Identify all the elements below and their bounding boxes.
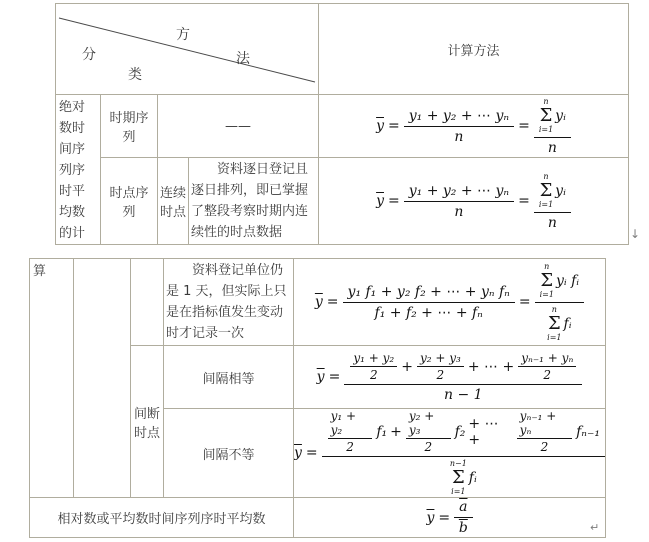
mini-fraction: yₙ₋₁ + yₙ2 bbox=[518, 351, 576, 382]
formula-equal-interval: y = y₁ + y₂2 + y₂ + y₃2 + ⋯ + yₙ₋₁ + yₙ2… bbox=[294, 351, 605, 403]
denominator: n − 1 bbox=[444, 385, 483, 403]
sum-lower-limit: i=1 bbox=[451, 487, 465, 497]
y-bar: y bbox=[376, 118, 384, 134]
b-bar: b bbox=[459, 518, 468, 536]
sigma-symbol: Σ bbox=[540, 182, 553, 200]
equals-sign: = bbox=[306, 445, 318, 461]
sum-body: fᵢ bbox=[564, 316, 572, 332]
numerator: y₁ + y₂ + ⋯ yₙ bbox=[404, 183, 514, 202]
fraction: y₁ + y₂ + ⋯ yₙ n bbox=[404, 183, 514, 220]
denominator: n bbox=[454, 127, 463, 145]
denominator: 2 bbox=[424, 439, 432, 454]
numerator: y₂ + y₃ bbox=[406, 409, 451, 439]
header-calc-method: 计算方法 bbox=[319, 4, 629, 95]
cell-formula-weighted: y = y₁ f₁ + y₂ f₂ + ⋯ + yₙ fₙ f₁ + f₂ + … bbox=[294, 259, 606, 346]
mini-fraction: y₂ + y₃2 bbox=[406, 409, 451, 454]
numerator: y₁ + y₂ bbox=[350, 351, 397, 367]
down-arrow-mark: ↓ bbox=[630, 228, 640, 240]
sigma-symbol: Σ bbox=[540, 107, 553, 125]
sum-lower-limit: i=1 bbox=[539, 200, 553, 210]
return-mark: ↵ bbox=[590, 522, 599, 533]
summation: nΣi=1 yᵢ bbox=[539, 97, 566, 135]
denominator: 2 bbox=[437, 367, 445, 382]
cell-discontinuous-point: 间断 时点 bbox=[131, 346, 164, 498]
numerator: y₁ + y₂ bbox=[328, 409, 373, 439]
sum-body: fᵢ bbox=[469, 470, 477, 486]
fraction: nΣi=1 yᵢ n bbox=[534, 97, 571, 156]
formula-simple-average: y = y₁ + y₂ + ⋯ yₙ n = nΣi=1 yᵢ n bbox=[319, 97, 628, 156]
fraction: y₁ + y₂ + ⋯ yₙ n bbox=[404, 108, 514, 145]
cell-formula-equal-interval: y = y₁ + y₂2 + y₂ + y₃2 + ⋯ + yₙ₋₁ + yₙ2… bbox=[294, 346, 606, 409]
y-bar: y bbox=[426, 510, 434, 526]
weight-f1: f₁ bbox=[376, 424, 387, 440]
mini-fraction: y₁ + y₂2 bbox=[328, 409, 373, 454]
equals-sign: = bbox=[388, 193, 400, 209]
diag-label-category-2: 类 bbox=[128, 64, 142, 84]
equals-sign: = bbox=[518, 118, 530, 134]
equals-sign: = bbox=[518, 193, 530, 209]
y-bar: y bbox=[315, 294, 323, 310]
equals-sign: = bbox=[329, 369, 341, 385]
cell-continuous-note: 资料逐日登记且 逐日排列，即已掌握 了整段考察时期内连 续性的时点数据 bbox=[189, 158, 319, 245]
sum-lower-limit: i=1 bbox=[547, 333, 561, 343]
summation: nΣi=1 fᵢ bbox=[547, 305, 571, 343]
cell-continuous-point: 连续 时点 bbox=[158, 158, 189, 245]
denominator: 2 bbox=[541, 439, 549, 454]
plus-sign: + bbox=[390, 424, 402, 440]
cell-registered-note: 资料登记单位仍 是 1 天，但实际上只 是在指标值发生变动 时才记录一次 bbox=[164, 259, 294, 346]
equals-sign: = bbox=[388, 118, 400, 134]
fraction: a b bbox=[454, 499, 472, 536]
formula-weighted-average: y = y₁ f₁ + y₂ f₂ + ⋯ + yₙ fₙ f₁ + f₂ + … bbox=[294, 262, 605, 343]
cell-formula-simple-1: y = y₁ + y₂ + ⋯ yₙ n = nΣi=1 yᵢ n bbox=[319, 95, 629, 158]
numerator: yₙ₋₁ + yₙ bbox=[517, 409, 572, 439]
fraction: y₁ + y₂2 + y₂ + y₃2 + ⋯ + yₙ₋₁ + yₙ2 n −… bbox=[344, 351, 582, 403]
plus-sign: + bbox=[401, 359, 413, 375]
cell-formula-unequal-interval: y = y₁ + y₂2 f₁ + y₂ + y₃2 f₂ + ⋯ + yₙ₋₁… bbox=[294, 409, 606, 498]
diag-label-category-1: 分 bbox=[82, 44, 96, 64]
y-bar: y bbox=[376, 193, 384, 209]
upper-table: 方 法 分 类 计算方法 绝对 数时 间序 列序 时平 均数 的计 时期序 列 … bbox=[55, 3, 629, 245]
empty-cell bbox=[74, 259, 131, 498]
formula-unequal-interval: y = y₁ + y₂2 f₁ + y₂ + y₃2 f₂ + ⋯ + yₙ₋₁… bbox=[294, 409, 605, 497]
formula-simple-average: y = y₁ + y₂ + ⋯ yₙ n = nΣi=1 yᵢ n bbox=[319, 172, 628, 231]
plus-ellipsis: + ⋯ + bbox=[468, 416, 512, 448]
sum-body: yᵢ fᵢ bbox=[556, 273, 579, 289]
summation: nΣi=1 yᵢ bbox=[539, 172, 566, 210]
fraction: nΣi=1 yᵢ fᵢ nΣi=1 fᵢ bbox=[535, 262, 585, 343]
denominator: f₁ + f₂ + ⋯ + fₙ bbox=[375, 303, 483, 321]
cell-period-dash: —— bbox=[158, 95, 319, 158]
denominator: n bbox=[548, 138, 557, 156]
denominator: n bbox=[548, 213, 557, 231]
cell-formula-simple-2: y = y₁ + y₂ + ⋯ yₙ n = nΣi=1 yᵢ n bbox=[319, 158, 629, 245]
denominator: 2 bbox=[370, 367, 378, 382]
summation: n−1Σi=1 fᵢ bbox=[450, 459, 477, 497]
summation: nΣi=1 yᵢ fᵢ bbox=[540, 262, 580, 300]
diag-label-method-2: 法 bbox=[236, 48, 250, 68]
mini-fraction: y₂ + y₃2 bbox=[417, 351, 464, 382]
weight-fn-1: fₙ₋₁ bbox=[576, 424, 600, 440]
numerator: y₁ + y₂ + ⋯ yₙ bbox=[404, 108, 514, 127]
row-group-label-absolute-series: 绝对 数时 间序 列序 时平 均数 的计 bbox=[56, 95, 101, 245]
numerator: yₙ₋₁ + yₙ bbox=[518, 351, 576, 367]
fraction: y₁ f₁ + y₂ f₂ + ⋯ + yₙ fₙ f₁ + f₂ + ⋯ + … bbox=[343, 284, 515, 321]
a-bar: a bbox=[454, 499, 472, 518]
cell-relative-average-label: 相对数或平均数时间序列序时平均数 bbox=[30, 498, 294, 538]
sigma-symbol: Σ bbox=[452, 469, 465, 487]
sigma-symbol: Σ bbox=[548, 315, 561, 333]
diag-label-method-1: 方 bbox=[176, 24, 190, 44]
cell-period-series: 时期序 列 bbox=[101, 95, 158, 158]
denominator: 2 bbox=[346, 439, 354, 454]
weight-f2: f₂ bbox=[455, 424, 466, 440]
formula-relative-average: y = a b bbox=[294, 499, 605, 536]
sigma-symbol: Σ bbox=[540, 272, 553, 290]
empty-cell bbox=[131, 259, 164, 346]
equals-sign: = bbox=[327, 294, 339, 310]
mini-fraction: yₙ₋₁ + yₙ2 bbox=[517, 409, 572, 454]
sum-body: yᵢ bbox=[555, 183, 566, 199]
plus-ellipsis: + ⋯ + bbox=[468, 359, 514, 375]
cell-equal-interval: 间隔相等 bbox=[164, 346, 294, 409]
cell-formula-relative: y = a b bbox=[294, 498, 606, 538]
numerator: y₂ + y₃ bbox=[417, 351, 464, 367]
lower-table: 算 资料登记单位仍 是 1 天，但实际上只 是在指标值发生变动 时才记录一次 y… bbox=[29, 258, 606, 538]
row-group-label-suan: 算 bbox=[30, 259, 74, 498]
numerator: y₁ f₁ + y₂ f₂ + ⋯ + yₙ fₙ bbox=[343, 284, 515, 303]
fraction: nΣi=1 yᵢ n bbox=[534, 172, 571, 231]
sum-body: yᵢ bbox=[555, 108, 566, 124]
sum-lower-limit: i=1 bbox=[539, 125, 553, 135]
y-bar: y bbox=[294, 445, 302, 461]
equals-sign: = bbox=[438, 510, 450, 526]
cell-unequal-interval: 间隔不等 bbox=[164, 409, 294, 498]
y-bar: y bbox=[317, 369, 325, 385]
mini-fraction: y₁ + y₂2 bbox=[350, 351, 397, 382]
denominator: 2 bbox=[543, 367, 551, 382]
fraction: y₁ + y₂2 f₁ + y₂ + y₃2 f₂ + ⋯ + yₙ₋₁ + y… bbox=[322, 409, 605, 497]
cell-point-series: 时点序 列 bbox=[101, 158, 158, 245]
diagonal-header-cell: 方 法 分 类 bbox=[56, 4, 319, 95]
sum-lower-limit: i=1 bbox=[540, 290, 554, 300]
equals-sign: = bbox=[519, 294, 531, 310]
denominator: n bbox=[454, 202, 463, 220]
